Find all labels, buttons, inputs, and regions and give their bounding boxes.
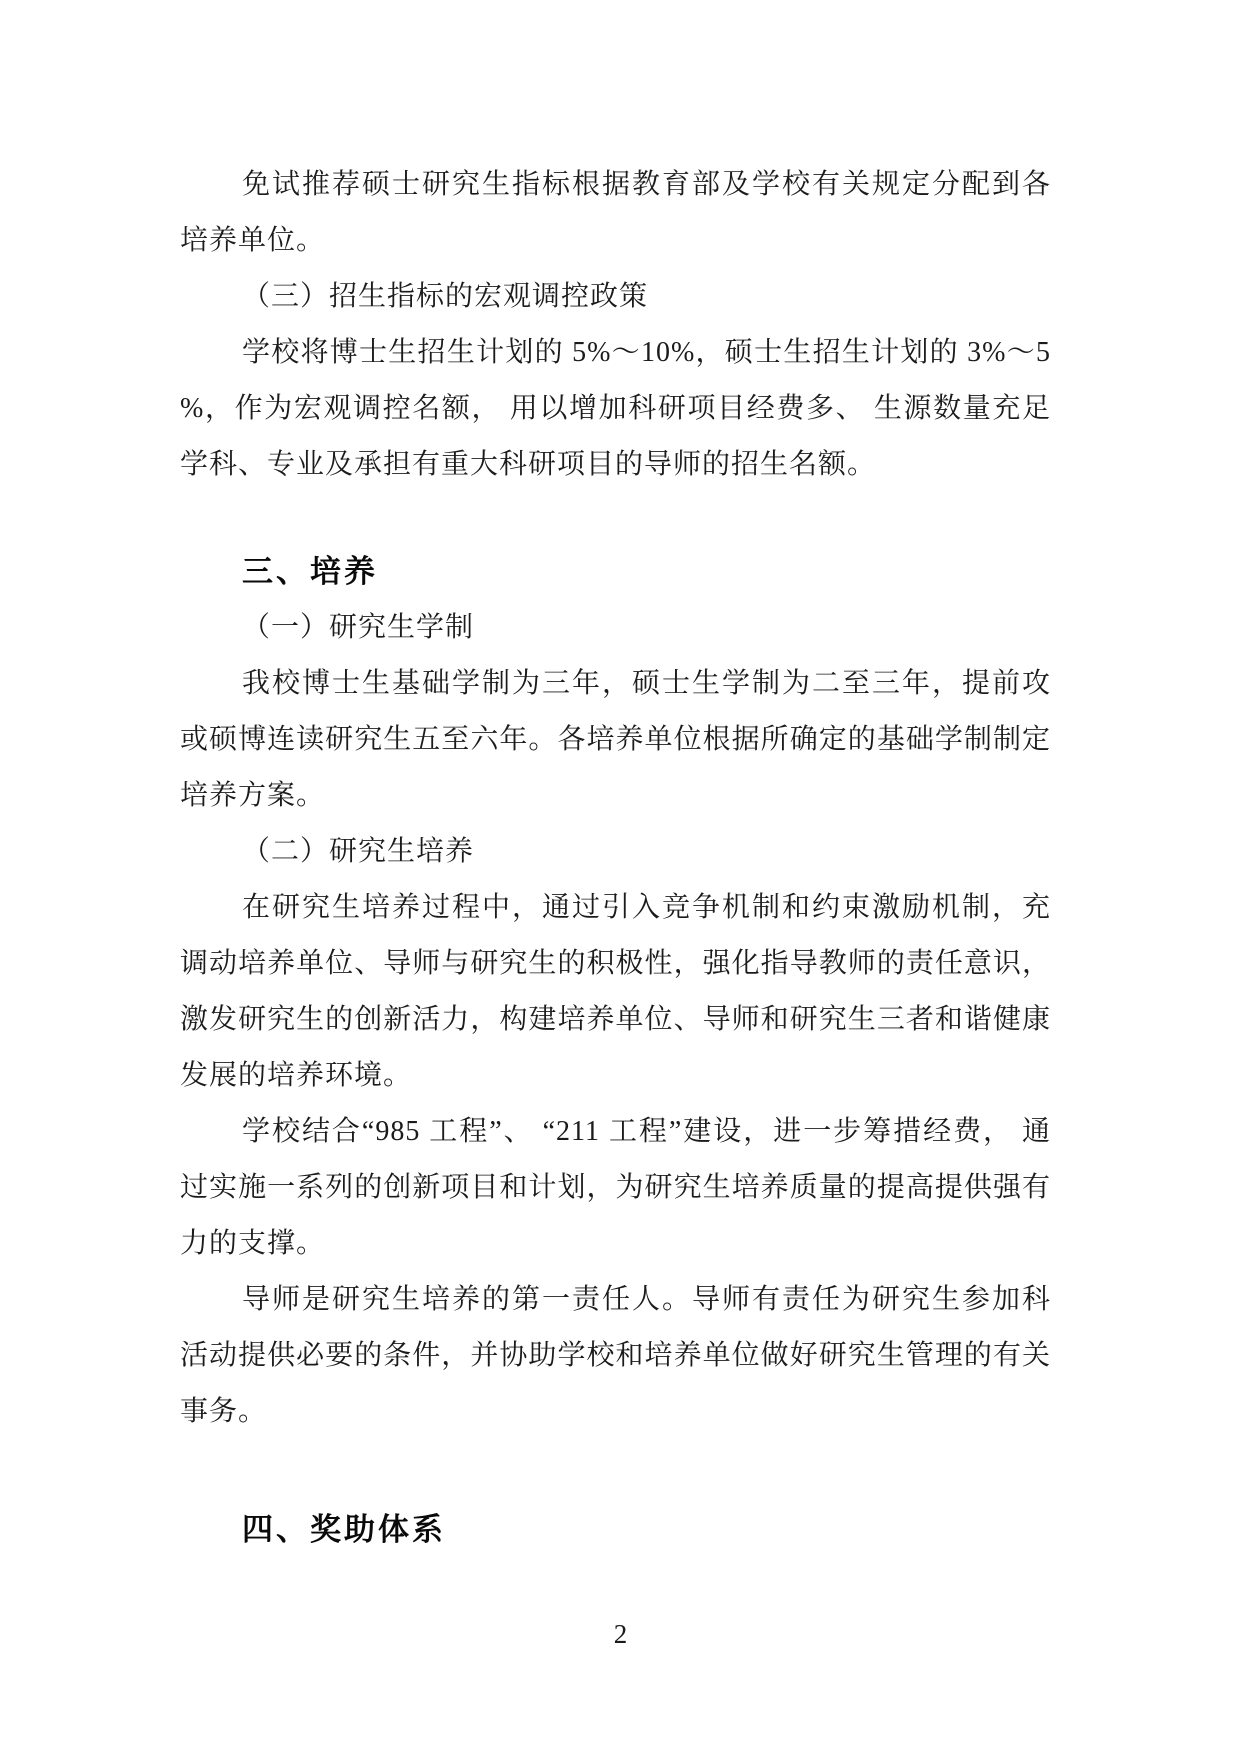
document-page: 免试推荐硕士研究生指标根据教育部及学校有关规定分配到各培养单位。（三）招生指标的… <box>0 0 1241 1754</box>
paragraph: 导师是研究生培养的第一责任人。导师有责任为研究生参加科研活动提供必要的条件，并协… <box>180 1272 1051 1440</box>
paragraph: （一）研究生学制 <box>180 600 1051 656</box>
text-line: 发展的培养环境。 <box>180 1048 1051 1104</box>
paragraph: 学校将博士生招生计划的 5%～10%，硕士生招生计划的 3%～5%，作为宏观调控… <box>180 325 1051 493</box>
text-line: 活动提供必要的条件，并协助学校和培养单位做好研究生管理的有关 <box>180 1328 1051 1384</box>
heading-text-line: 三、培养 <box>180 544 1051 600</box>
text-line: 培养方案。 <box>180 768 1051 824</box>
text-line: 力的支撑。 <box>180 1216 1051 1272</box>
text-line: 调动培养单位、导师与研究生的积极性，强化指导教师的责任意识， <box>180 936 1051 992</box>
text-line: 我校博士生基础学制为三年，硕士生学制为二至三年，提前攻博 <box>180 656 1051 712</box>
paragraph: （三）招生指标的宏观调控政策 <box>180 269 1051 325</box>
text-line: 或硕博连读研究生五至六年。各培养单位根据所确定的基础学制制定 <box>180 712 1051 768</box>
text-line: %，作为宏观调控名额， 用以增加科研项目经费多、 生源数量充足的 <box>180 381 1051 437</box>
paragraph: 在研究生培养过程中，通过引入竞争机制和约束激励机制，充分调动培养单位、导师与研究… <box>180 880 1051 1104</box>
section-heading: 三、培养 <box>180 544 1051 600</box>
text-line: 导师是研究生培养的第一责任人。导师有责任为研究生参加科研 <box>180 1272 1051 1328</box>
paragraph: 免试推荐硕士研究生指标根据教育部及学校有关规定分配到各培养单位。 <box>180 157 1051 269</box>
paragraph: （二）研究生培养 <box>180 824 1051 880</box>
paragraph: 我校博士生基础学制为三年，硕士生学制为二至三年，提前攻博或硕博连读研究生五至六年… <box>180 656 1051 824</box>
text-line: 学校将博士生招生计划的 5%～10%，硕士生招生计划的 3%～5 <box>180 325 1051 381</box>
document-body: 免试推荐硕士研究生指标根据教育部及学校有关规定分配到各培养单位。（三）招生指标的… <box>180 157 1051 1558</box>
section-heading: 四、奖助体系 <box>180 1502 1051 1558</box>
text-line: 激发研究生的创新活力，构建培养单位、导师和研究生三者和谐健康 <box>180 992 1051 1048</box>
text-line: 过实施一系列的创新项目和计划，为研究生培养质量的提高提供强有 <box>180 1160 1051 1216</box>
text-line: 培养单位。 <box>180 213 1051 269</box>
text-line: 在研究生培养过程中，通过引入竞争机制和约束激励机制，充分 <box>180 880 1051 936</box>
heading-text-line: 四、奖助体系 <box>180 1502 1051 1558</box>
text-line: （一）研究生学制 <box>180 600 1051 656</box>
text-line: 学校结合“985 工程”、 “211 工程”建设，进一步筹措经费， 通 <box>180 1104 1051 1160</box>
text-line: 事务。 <box>180 1384 1051 1440</box>
text-line: （三）招生指标的宏观调控政策 <box>180 269 1051 325</box>
text-line: 免试推荐硕士研究生指标根据教育部及学校有关规定分配到各 <box>180 157 1051 213</box>
paragraph: 学校结合“985 工程”、 “211 工程”建设，进一步筹措经费， 通过实施一系… <box>180 1104 1051 1272</box>
page-footer: 2 <box>0 1618 1241 1650</box>
page-number: 2 <box>614 1619 628 1649</box>
text-line: （二）研究生培养 <box>180 824 1051 880</box>
text-line: 学科、专业及承担有重大科研项目的导师的招生名额。 <box>180 437 1051 493</box>
